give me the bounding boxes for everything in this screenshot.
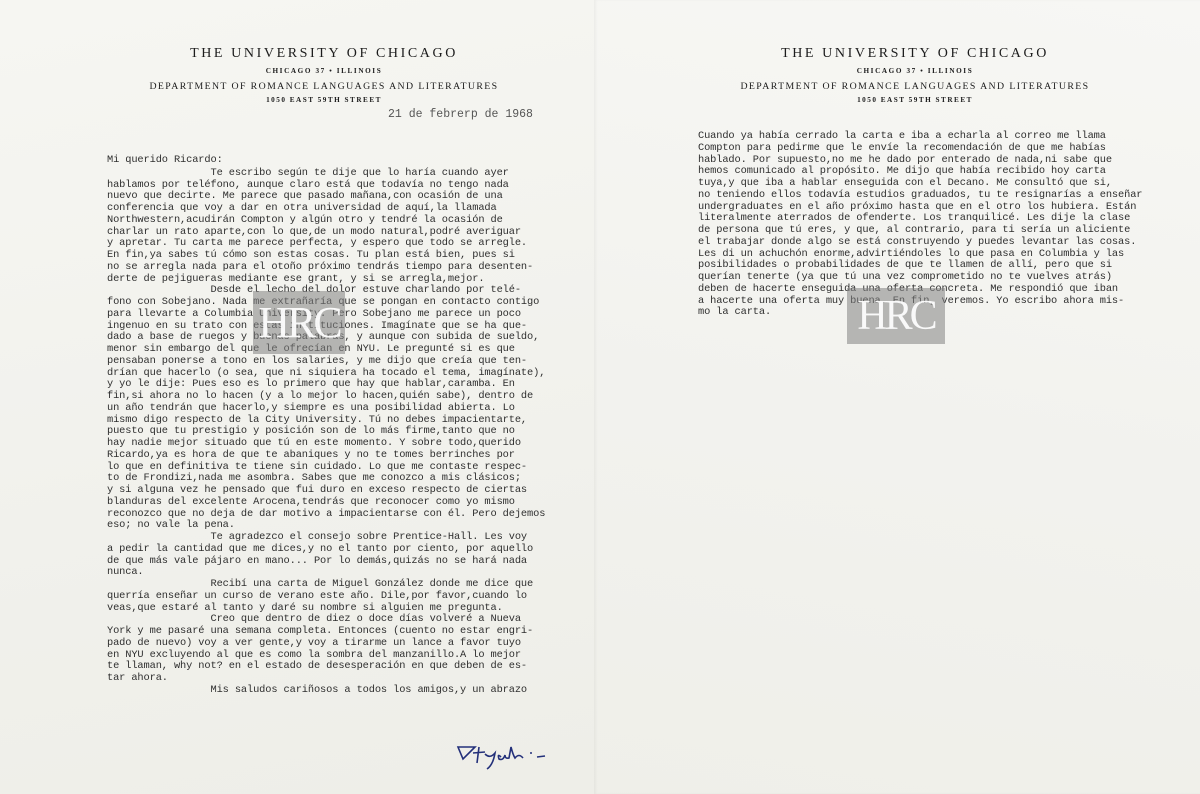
text-line: York y me pasaré una semana completa. En…	[107, 626, 545, 638]
letterhead: THE UNIVERSITY OF CHICAGO CHICAGO 37 • I…	[690, 46, 1140, 104]
text-line: el trabajar donde algo se está construye…	[698, 237, 1142, 249]
letterhead-city: CHICAGO 37 • ILLINOIS	[690, 67, 1140, 75]
text-line: Te escribo según te dije que lo haría cu…	[107, 168, 545, 180]
text-line: no se arregla nada para el otoño próximo…	[107, 262, 545, 274]
letterhead: THE UNIVERSITY OF CHICAGO CHICAGO 37 • I…	[100, 46, 548, 104]
text-line: hay nadie mejor situado que tú en este m…	[107, 438, 545, 450]
text-line: Mi querido Ricardo:	[107, 155, 545, 167]
hrc-watermark: HRC	[253, 291, 345, 354]
text-line: de que más vale pájaro en mano... Por lo…	[107, 556, 545, 568]
text-line: a pedir la cantidad que me dices,y no el…	[107, 544, 545, 556]
text-line: conferencia que voy a dar en otra univer…	[107, 203, 545, 215]
letterhead-street: 1050 EAST 59TH STREET	[100, 96, 548, 104]
text-line: pado de nuevo) voy a ver gente,y voy a t…	[107, 638, 545, 650]
text-line: En fin,ya sabes tú cómo son estas cosas.…	[107, 250, 545, 262]
letterhead-department: DEPARTMENT OF ROMANCE LANGUAGES AND LITE…	[100, 81, 548, 92]
letterhead-department: DEPARTMENT OF ROMANCE LANGUAGES AND LITE…	[690, 81, 1140, 92]
letter-date: 21 de febrerp de 1968	[388, 108, 533, 121]
text-line: de persona que tú eres, y que, al contra…	[698, 225, 1142, 237]
text-line: pensaban ponerse a tono en los salaries,…	[107, 356, 545, 368]
text-line: un año tendrán que hacerlo,y siempre es …	[107, 403, 545, 415]
text-line: Ricardo,ya es hora de que te abaniques y…	[107, 450, 545, 462]
letterhead-university: THE UNIVERSITY OF CHICAGO	[690, 46, 1140, 62]
text-line: blanduras del excelente Arocena,tendrás …	[107, 497, 545, 509]
letterhead-city: CHICAGO 37 • ILLINOIS	[100, 67, 548, 75]
text-line: fin,si ahora no lo hacen (y a lo mejor l…	[107, 391, 545, 403]
letter-page-1: THE UNIVERSITY OF CHICAGO CHICAGO 37 • I…	[0, 0, 594, 794]
text-line: te llaman, why not? en el estado de dese…	[107, 661, 545, 673]
text-line: Recibí una carta de Miguel González dond…	[107, 579, 545, 591]
text-line: Cuando ya había cerrado la carta e iba a…	[698, 131, 1142, 143]
text-line: tuya,y que iba a hablar enseguida con el…	[698, 178, 1142, 190]
hrc-watermark: HRC	[847, 288, 945, 344]
text-line: y si alguna vez he pensado que fui duro …	[107, 485, 545, 497]
text-line: Te agradezco el consejo sobre Prentice-H…	[107, 532, 545, 544]
text-line: Compton para pedirme que le envíe la rec…	[698, 143, 1142, 155]
text-line: querría enseñar un curso de verano este …	[107, 591, 545, 603]
signature	[455, 741, 575, 771]
text-line: no teniendo ellos todavía estudios gradu…	[698, 190, 1142, 202]
text-line: querían tenerte (ya que tú una vez compr…	[698, 272, 1142, 284]
letterhead-street: 1050 EAST 59TH STREET	[690, 96, 1140, 104]
text-line: Mis saludos cariñosos a todos los amigos…	[107, 685, 545, 697]
letter-body: Mi querido Ricardo: Te escribo según te …	[107, 155, 545, 697]
text-line: Northwestern,acudirán Compton y algún ot…	[107, 215, 545, 227]
letterhead-university: THE UNIVERSITY OF CHICAGO	[100, 46, 548, 62]
letter-page-2: THE UNIVERSITY OF CHICAGO CHICAGO 37 • I…	[594, 0, 1200, 794]
text-line: tar ahora.	[107, 673, 545, 685]
